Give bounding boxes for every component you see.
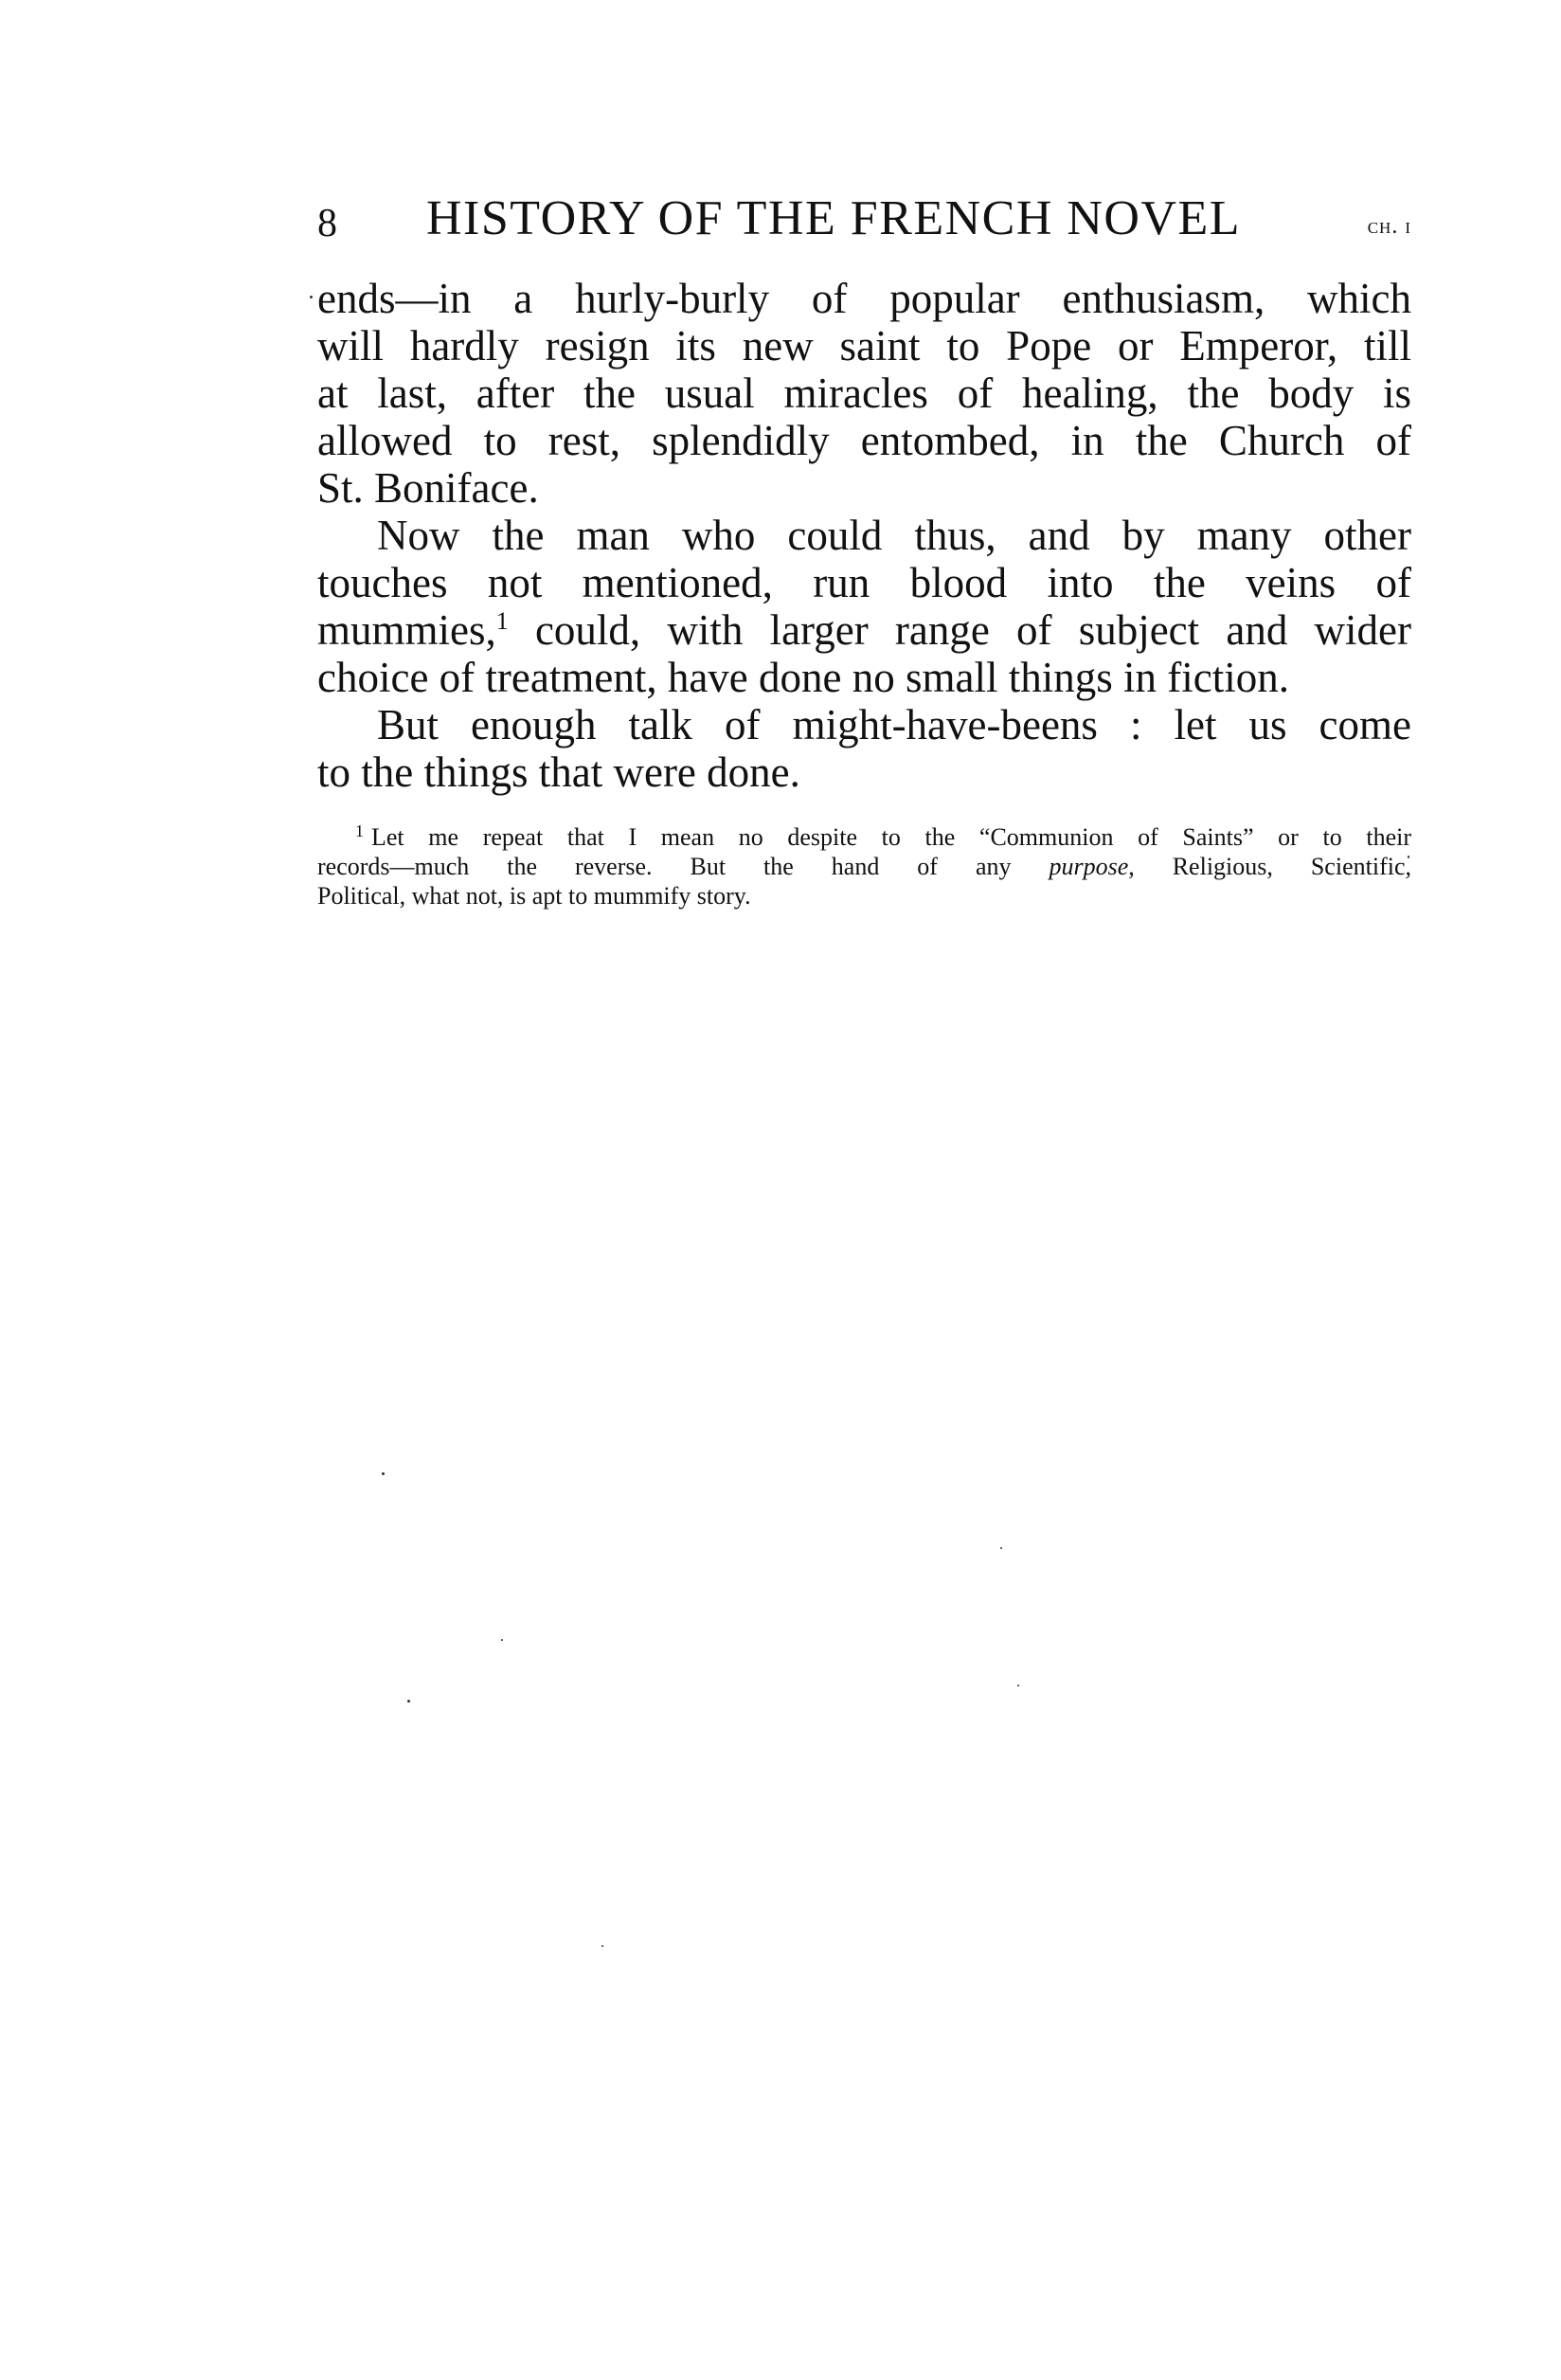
scan-speck [310, 296, 313, 298]
scan-speck [601, 1945, 603, 1947]
chapter-reference: ch. i [1368, 213, 1411, 240]
text-fragment: records—much the reverse. But the hand o… [317, 853, 1049, 880]
scan-speck [382, 1472, 385, 1475]
text-fragment: Let me repeat that I mean no despite to … [371, 823, 1411, 851]
footnotes: 1Let me repeat that I mean no despite to… [317, 822, 1411, 911]
text-line: But enough talk of might-have-beens : le… [317, 701, 1411, 748]
footnote-line: 1Let me repeat that I mean no despite to… [317, 822, 1411, 852]
scan-speck [1408, 856, 1409, 858]
text-line: allowed to rest, splendidly entombed, in… [317, 417, 1411, 464]
running-title: HISTORY OF THE FRENCH NOVEL [426, 192, 1241, 245]
scan-speck [1017, 1685, 1019, 1686]
scan-speck [501, 1639, 503, 1641]
text-line-with-footnote-ref: mummies,1 could, with larger range of su… [317, 606, 1411, 654]
text-line: touches not mentioned, run blood into th… [317, 559, 1411, 606]
footnote-reference[interactable]: 1 [496, 607, 509, 635]
footnote-line: records—much the reverse. But the hand o… [317, 852, 1411, 881]
text-fragment: , Religious, Scientific, [1128, 853, 1411, 880]
text-fragment: mummies, [317, 606, 496, 654]
scan-speck [1000, 1547, 1002, 1549]
body-text: ends—in a hurly-burly of popular enthusi… [317, 275, 1411, 796]
text-line: choice of treatment, have done no small … [317, 654, 1411, 701]
text-line: Now the man who could thus, and by many … [317, 512, 1411, 559]
text-line: ends—in a hurly-burly of popular enthusi… [317, 275, 1411, 322]
text-line: to the things that were done. [317, 748, 1411, 796]
footnote-line: Political, what not, is apt to mummify s… [317, 881, 1411, 911]
paragraph-1: ends—in a hurly-burly of popular enthusi… [317, 275, 1411, 512]
running-head: 8 HISTORY OF THE FRENCH NOVEL ch. i [317, 192, 1411, 245]
text-fragment: could, with larger range of subject and … [509, 606, 1411, 654]
text-line: will hardly resign its new saint to Pope… [317, 322, 1411, 370]
page-number: 8 [317, 202, 337, 245]
text-line: at last, after the usual miracles of hea… [317, 370, 1411, 417]
emphasis: purpose [1049, 853, 1128, 880]
book-page: 8 HISTORY OF THE FRENCH NOVEL ch. i ends… [0, 0, 1561, 2380]
paragraph-3: But enough talk of might-have-beens : le… [317, 701, 1411, 796]
text-line: St. Boniface. [317, 464, 1411, 512]
footnote-marker: 1 [355, 821, 364, 840]
paragraph-2: Now the man who could thus, and by many … [317, 512, 1411, 701]
footnote-1: 1Let me repeat that I mean no despite to… [317, 822, 1411, 911]
scan-speck [407, 1700, 410, 1703]
